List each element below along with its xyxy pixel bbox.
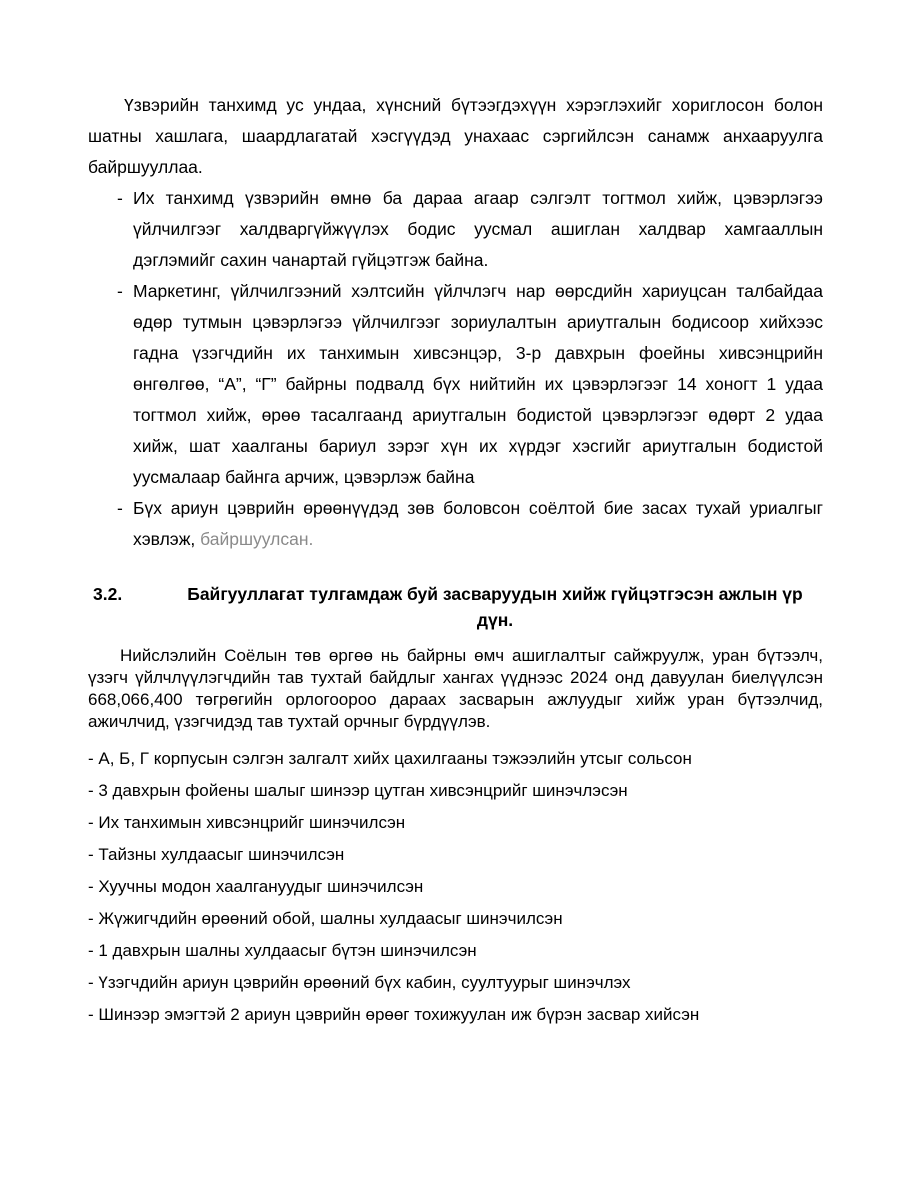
section-number: 3.2. bbox=[88, 581, 167, 633]
document-page: Үзвэрийн танхимд ус ундаа, хүнсний бүтээ… bbox=[0, 0, 911, 1178]
work-item: - 1 давхрын шалны хулдаасыг бүтэн шинэчи… bbox=[88, 940, 823, 962]
work-item: - Хуучны модон хаалгануудыг шинэчилсэн bbox=[88, 876, 823, 898]
works-list: - А, Б, Г корпусын сэлгэн залгалт хийх ц… bbox=[88, 748, 823, 1026]
section-title: Байгууллагат тулгамдаж буй засваруудын х… bbox=[167, 581, 823, 633]
work-item: - Шинээр эмэгтэй 2 ариун цэврийн өрөөг т… bbox=[88, 1004, 823, 1026]
bullet-item: - Их танхимд үзвэрийн өмнө ба дараа агаа… bbox=[88, 183, 823, 276]
work-item: - Үзэгчдийн ариун цэврийн өрөөний бүх ка… bbox=[88, 972, 823, 994]
bullet-dash: - bbox=[117, 493, 123, 524]
bullet-text-muted: байршуулсан. bbox=[195, 529, 313, 549]
bullet-list: - Их танхимд үзвэрийн өмнө ба дараа агаа… bbox=[88, 183, 823, 555]
bullet-text: Маркетинг, үйлчилгээний хэлтсийн үйлчлэг… bbox=[133, 281, 823, 487]
intro-paragraph: Үзвэрийн танхимд ус ундаа, хүнсний бүтээ… bbox=[88, 90, 823, 183]
body-paragraph: Нийслэлийн Соёлын төв өргөө нь байрны өм… bbox=[88, 645, 823, 733]
work-item: - Их танхимын хивсэнцрийг шинэчилсэн bbox=[88, 812, 823, 834]
work-item: - А, Б, Г корпусын сэлгэн залгалт хийх ц… bbox=[88, 748, 823, 770]
document-content: Үзвэрийн танхимд ус ундаа, хүнсний бүтээ… bbox=[88, 90, 823, 1026]
bullet-dash: - bbox=[117, 276, 123, 307]
section-heading: 3.2. Байгууллагат тулгамдаж буй засваруу… bbox=[88, 581, 823, 633]
bullet-item: - Бүх ариун цэврийн өрөөнүүдэд зөв болов… bbox=[88, 493, 823, 555]
bullet-text: Их танхимд үзвэрийн өмнө ба дараа агаар … bbox=[133, 188, 823, 270]
bullet-dash: - bbox=[117, 183, 123, 214]
work-item: - Тайзны хулдаасыг шинэчилсэн bbox=[88, 844, 823, 866]
work-item: - 3 давхрын фойены шалыг шинээр цутган х… bbox=[88, 780, 823, 802]
work-item: - Жүжигчдийн өрөөний обой, шалны хулдаас… bbox=[88, 908, 823, 930]
bullet-item: - Маркетинг, үйлчилгээний хэлтсийн үйлчл… bbox=[88, 276, 823, 493]
